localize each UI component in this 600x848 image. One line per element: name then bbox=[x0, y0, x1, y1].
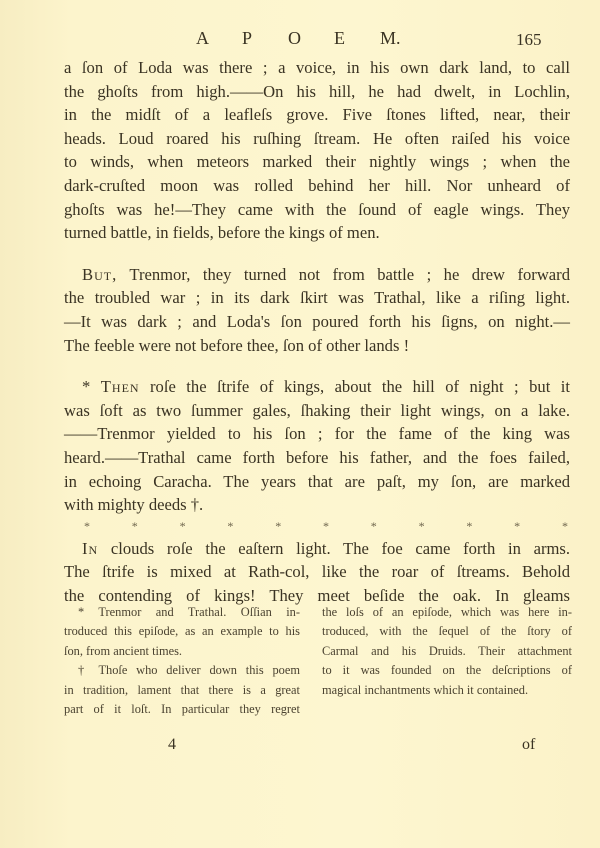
text-line: heard.——Trathal came forth before his fa… bbox=[64, 446, 570, 470]
asterisk-icon: * bbox=[275, 515, 281, 537]
running-title-letter: M. bbox=[380, 28, 401, 49]
footnote-line: † Thoſe who deliver down this poem bbox=[64, 661, 300, 680]
text-line: turned battle, in fields, before the kin… bbox=[64, 221, 570, 245]
paragraph-2: But, Trenmor, they turned not from battl… bbox=[64, 263, 570, 357]
running-title-letter: A bbox=[196, 28, 242, 49]
text-line: But, Trenmor, they turned not from battl… bbox=[64, 263, 570, 287]
text-line: a ſon of Loda was there ; a voice, in hi… bbox=[64, 56, 570, 80]
footnote-line: * Trenmor and Trathal. Oſſian in- bbox=[64, 603, 300, 622]
signature-mark: 4 bbox=[168, 736, 176, 754]
paragraph-gap bbox=[64, 245, 570, 263]
asterisk-icon: * bbox=[466, 515, 472, 537]
page-number: 165 bbox=[516, 30, 542, 50]
page-footer: 4 of bbox=[0, 736, 600, 760]
footnote-line: part of it loſt. In particular they regr… bbox=[64, 700, 300, 719]
text-fragment: Trenmor, they turned not from battle ; h… bbox=[117, 265, 570, 284]
asterisk-icon: * bbox=[371, 515, 377, 537]
asterisk-icon: * bbox=[323, 515, 329, 537]
asterisk-icon: * bbox=[84, 515, 90, 537]
text-line: to winds, when meteors marked their nigh… bbox=[64, 150, 570, 174]
asterisk-icon: * bbox=[562, 515, 568, 537]
text-line: ——Trenmor yielded to his ſon ; for the f… bbox=[64, 422, 570, 446]
asterisk-icon: * bbox=[419, 515, 425, 537]
footnote-line: the loſs of an epiſode, which was here i… bbox=[322, 603, 572, 622]
text-line: the ghoſts from high.——On his hill, he h… bbox=[64, 80, 570, 104]
running-title-letter: P bbox=[242, 28, 288, 49]
asterisk-icon: * bbox=[180, 515, 186, 537]
body-text: a ſon of Loda was there ; a voice, in hi… bbox=[64, 56, 570, 607]
footnote-line: in tradition, lament that there is a gre… bbox=[64, 681, 300, 700]
text-line: In clouds roſe the eaſtern light. The fo… bbox=[64, 537, 570, 561]
paragraph-4: In clouds roſe the eaſtern light. The fo… bbox=[64, 537, 570, 608]
text-fragment: roſe the ſtrife of kings, about the hill… bbox=[140, 377, 570, 396]
book-page: APOEM. 165 a ſon of Loda was there ; a v… bbox=[0, 0, 600, 848]
footnote-mark: * bbox=[82, 377, 90, 396]
text-line: was ſoft as two ſummer gales, ſhaking th… bbox=[64, 399, 570, 423]
text-line: heads. Loud roared his ruſhing ſtream. H… bbox=[64, 127, 570, 151]
asterisk-icon: * bbox=[132, 515, 138, 537]
page-header: APOEM. 165 bbox=[0, 28, 600, 52]
catchword: of bbox=[522, 736, 535, 754]
text-line: in the midſt of a leafleſs grove. Five ſ… bbox=[64, 103, 570, 127]
text-line: The feeble were not before thee, ſon of … bbox=[64, 334, 570, 358]
footnotes-right-column: the loſs of an epiſode, which was here i… bbox=[322, 603, 572, 719]
lead-word: Then bbox=[101, 377, 140, 396]
lead-word: But, bbox=[82, 265, 117, 284]
lead-word: In bbox=[82, 539, 98, 558]
text-line: * Then roſe the ſtrife of kings, about t… bbox=[64, 375, 570, 399]
asterisk-icon: * bbox=[227, 515, 233, 537]
paragraph-1: a ſon of Loda was there ; a voice, in hi… bbox=[64, 56, 570, 245]
text-line: The ſtrife is mixed at Rath-col, like th… bbox=[64, 560, 570, 584]
footnote-line: to it was founded on the deſcriptions of bbox=[322, 661, 572, 680]
running-title-letter: O bbox=[288, 28, 334, 49]
text-line: the troubled war ; in its dark ſkirt was… bbox=[64, 286, 570, 310]
footnote-line: troduced this epiſode, as an example to … bbox=[64, 622, 300, 641]
text-line: with mighty deeds †. bbox=[64, 493, 570, 517]
footnotes: * Trenmor and Trathal. Oſſian in- troduc… bbox=[64, 603, 572, 719]
text-line: dark-cruſted moon was rolled behind her … bbox=[64, 174, 570, 198]
footnote-line: ſon, from ancient times. bbox=[64, 642, 300, 661]
paragraph-3: * Then roſe the ſtrife of kings, about t… bbox=[64, 375, 570, 517]
footnote-line: troduced, with the ſequel of the ſtory o… bbox=[322, 622, 572, 641]
asterism-divider: * * * * * * * * * * * bbox=[64, 515, 570, 537]
paragraph-gap bbox=[64, 357, 570, 375]
asterisk-icon: * bbox=[514, 515, 520, 537]
text-fragment: clouds roſe the eaſtern light. The foe c… bbox=[98, 539, 570, 558]
footnote-line: Carmal and his Druids. Their attachment bbox=[322, 642, 572, 661]
running-title-letter: E bbox=[334, 28, 380, 49]
text-line: ghoſts was he!—They came with the ſound … bbox=[64, 198, 570, 222]
footnote-line: magical inchantments which it contained. bbox=[322, 681, 572, 700]
text-line: in echoing Caracha. The years that are p… bbox=[64, 470, 570, 494]
text-line: —It was dark ; and Loda's ſon poured for… bbox=[64, 310, 570, 334]
running-title: APOEM. bbox=[196, 28, 401, 49]
footnotes-left-column: * Trenmor and Trathal. Oſſian in- troduc… bbox=[64, 603, 300, 719]
